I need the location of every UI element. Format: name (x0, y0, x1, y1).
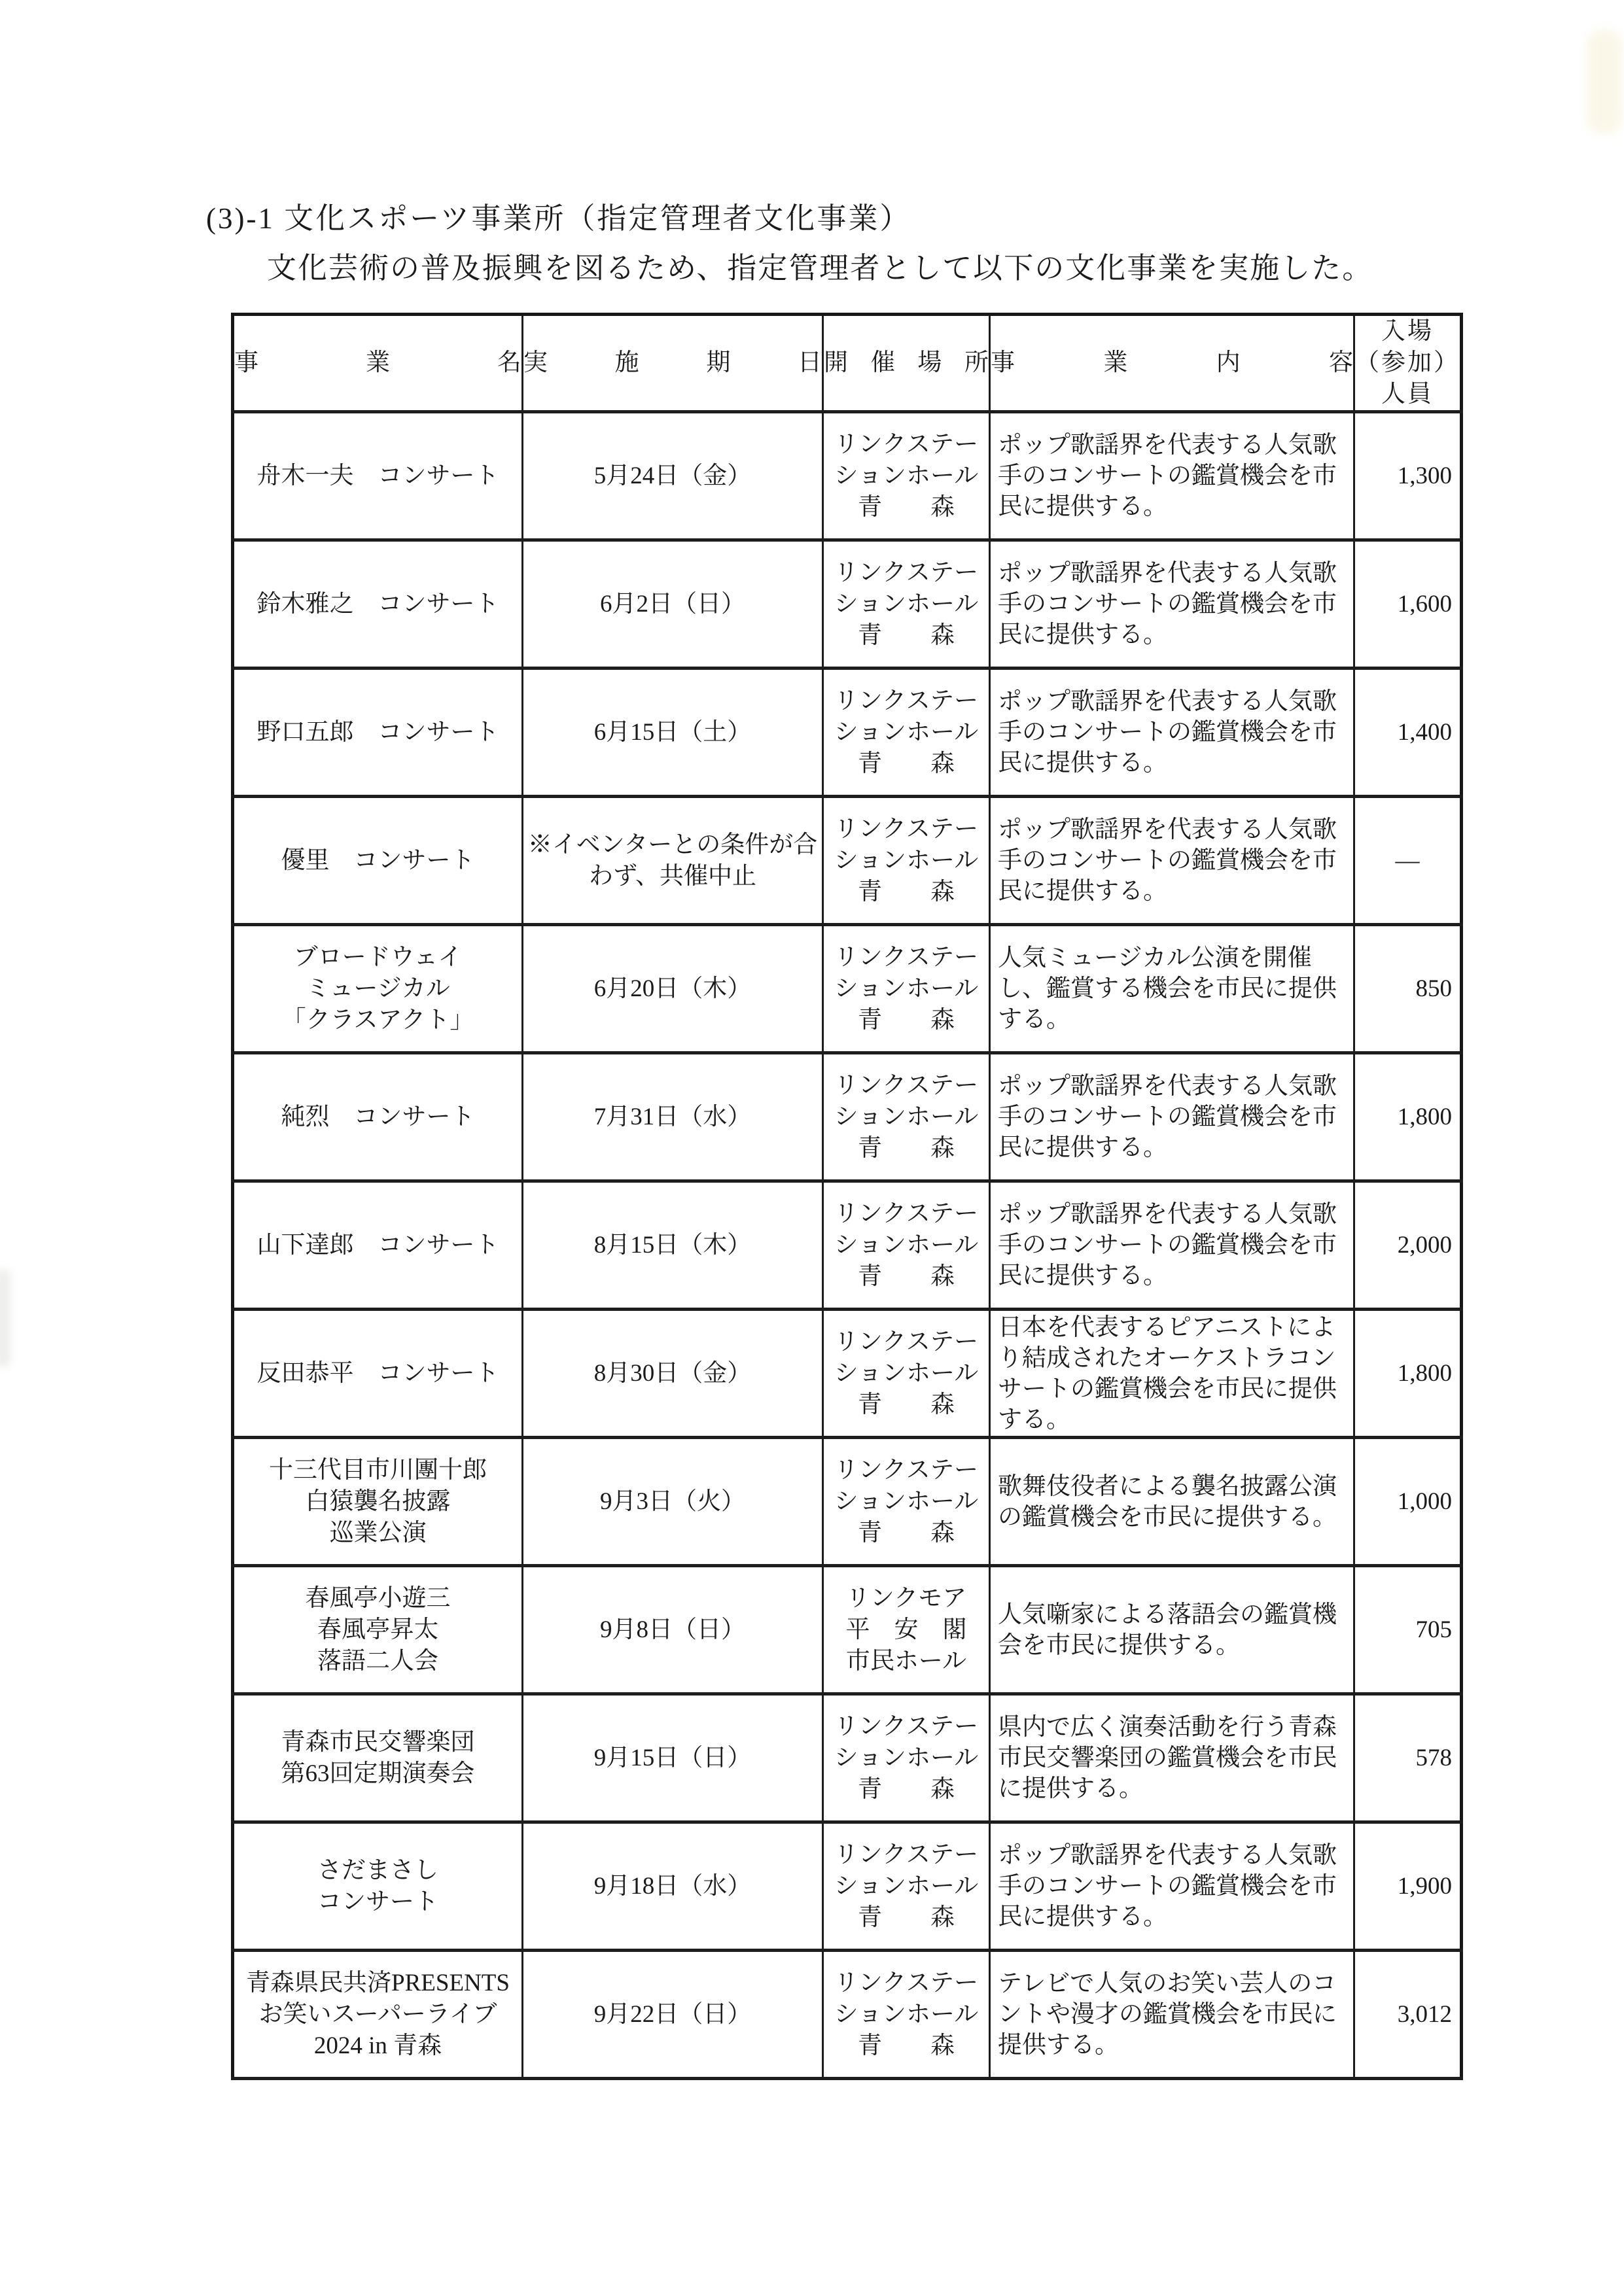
cell-event-name: 反田恭平 コンサート (233, 1310, 523, 1438)
cell-attendance: 1,000 (1354, 1438, 1462, 1566)
cell-date: 9月18日（水） (523, 1822, 823, 1951)
cell-date: 9月8日（日） (523, 1566, 823, 1694)
cell-event-name: 青森市民交響楽団第63回定期演奏会 (233, 1694, 523, 1822)
cell-event-name: 青森県民共済PRESENTSお笑いスーパーライブ2024 in 青森 (233, 1951, 523, 2079)
header-cell-event-name: 事業名 (233, 315, 523, 412)
cell-venue: リンクステーションホール青 森 (823, 669, 990, 797)
cell-event-name: ブロードウェイミュージカル「クラスアクト」 (233, 925, 523, 1053)
cell-attendance: 3,012 (1354, 1951, 1462, 2079)
cell-description: ポップ歌謡界を代表する人気歌手のコンサートの鑑賞機会を市民に提供する。 (990, 1053, 1354, 1181)
cell-description: ポップ歌謡界を代表する人気歌手のコンサートの鑑賞機会を市民に提供する。 (990, 540, 1354, 669)
table-body: 舟木一夫 コンサート5月24日（金）リンクステーションホール青 森ポップ歌謡界を… (233, 412, 1462, 2079)
cell-description: 県内で広く演奏活動を行う青森市民交響楽団の鑑賞機会を市民に提供する。 (990, 1694, 1354, 1822)
cell-date: 9月3日（火） (523, 1438, 823, 1566)
cell-date: 9月15日（日） (523, 1694, 823, 1822)
table-row: 山下達郎 コンサート8月15日（木）リンクステーションホール青 森ポップ歌謡界を… (233, 1181, 1462, 1310)
cell-attendance: 705 (1354, 1566, 1462, 1694)
cell-venue: リンクステーションホール青 森 (823, 1822, 990, 1951)
cell-description: 歌舞伎役者による襲名披露公演の鑑賞機会を市民に提供する。 (990, 1438, 1354, 1566)
cell-venue: リンクステーションホール青 森 (823, 1951, 990, 2079)
cell-venue: リンクステーションホール青 森 (823, 1438, 990, 1566)
cell-date: 6月2日（日） (523, 540, 823, 669)
attendance-header-line: （参加） (1355, 347, 1460, 379)
cell-event-name: 春風亭小遊三春風亭昇太落語二人会 (233, 1566, 523, 1694)
cell-date: 6月15日（土） (523, 669, 823, 797)
cell-attendance: 1,800 (1354, 1310, 1462, 1438)
page-title: (3)-1 文化スポーツ事業所（指定管理者文化事業） (206, 203, 911, 235)
cell-description: ポップ歌謡界を代表する人気歌手のコンサートの鑑賞機会を市民に提供する。 (990, 797, 1354, 925)
table-row: 青森県民共済PRESENTSお笑いスーパーライブ2024 in 青森9月22日（… (233, 1951, 1462, 2079)
cell-venue: リンクステーションホール青 森 (823, 412, 990, 540)
cell-event-name: 野口五郎 コンサート (233, 669, 523, 797)
table-row: 青森市民交響楽団第63回定期演奏会9月15日（日）リンクステーションホール青 森… (233, 1694, 1462, 1822)
events-table: 事業名 実施期日 開催場所 事業内容 入場 （参加） 人員 舟木一夫 コンサート… (231, 313, 1463, 2080)
cell-event-name: 優里 コンサート (233, 797, 523, 925)
cell-description: 人気噺家による落語会の鑑賞機会を市民に提供する。 (990, 1566, 1354, 1694)
header-cell-attendance: 入場 （参加） 人員 (1354, 315, 1462, 412)
cell-attendance: 1,300 (1354, 412, 1462, 540)
cell-attendance: 1,800 (1354, 1053, 1462, 1181)
cell-attendance: 1,400 (1354, 669, 1462, 797)
cell-description: ポップ歌謡界を代表する人気歌手のコンサートの鑑賞機会を市民に提供する。 (990, 669, 1354, 797)
table-row: 舟木一夫 コンサート5月24日（金）リンクステーションホール青 森ポップ歌謡界を… (233, 412, 1462, 540)
table-row: 十三代目市川團十郎白猿襲名披露巡業公演9月3日（火）リンクステーションホール青 … (233, 1438, 1462, 1566)
cell-event-name: さだまさしコンサート (233, 1822, 523, 1951)
table-row: 優里 コンサート※イベンターとの条件が合わず、共催中止リンクステーションホール青… (233, 797, 1462, 925)
cell-venue: リンクステーションホール青 森 (823, 540, 990, 669)
attendance-header-line: 人員 (1355, 379, 1460, 410)
cell-event-name: 山下達郎 コンサート (233, 1181, 523, 1310)
cell-venue: リンクステーションホール青 森 (823, 925, 990, 1053)
cell-date: 8月15日（木） (523, 1181, 823, 1310)
cell-venue: リンクステーションホール青 森 (823, 1694, 990, 1822)
cell-attendance: 1,600 (1354, 540, 1462, 669)
cell-date: 5月24日（金） (523, 412, 823, 540)
cell-attendance: 2,000 (1354, 1181, 1462, 1310)
attendance-header-line: 入場 (1355, 316, 1460, 347)
cell-date: 6月20日（木） (523, 925, 823, 1053)
table-row: 春風亭小遊三春風亭昇太落語二人会9月8日（日）リンクモア平 安 閣市民ホール人気… (233, 1566, 1462, 1694)
cell-date: 7月31日（水） (523, 1053, 823, 1181)
cell-venue: リンクステーションホール青 森 (823, 1181, 990, 1310)
scan-artifact (1587, 29, 1623, 134)
cell-description: 人気ミュージカル公演を開催し、鑑賞する機会を市民に提供する。 (990, 925, 1354, 1053)
document-page: (3)-1 文化スポーツ事業所（指定管理者文化事業） 文化芸術の普及振興を図るた… (0, 0, 1624, 2296)
table-row: 野口五郎 コンサート6月15日（土）リンクステーションホール青 森ポップ歌謡界を… (233, 669, 1462, 797)
table-row: 鈴木雅之 コンサート6月2日（日）リンクステーションホール青 森ポップ歌謡界を代… (233, 540, 1462, 669)
header-cell-venue: 開催場所 (823, 315, 990, 412)
scan-artifact (0, 1269, 10, 1367)
cell-event-name: 鈴木雅之 コンサート (233, 540, 523, 669)
cell-description: 日本を代表するピアニストにより結成されたオーケストラコンサートの鑑賞機会を市民に… (990, 1310, 1354, 1438)
cell-venue: リンクステーションホール青 森 (823, 1310, 990, 1438)
cell-venue: リンクステーションホール青 森 (823, 1053, 990, 1181)
cell-date: ※イベンターとの条件が合わず、共催中止 (523, 797, 823, 925)
cell-attendance: 1,900 (1354, 1822, 1462, 1951)
table-row: 純烈 コンサート7月31日（水）リンクステーションホール青 森ポップ歌謡界を代表… (233, 1053, 1462, 1181)
cell-date: 9月22日（日） (523, 1951, 823, 2079)
cell-venue: リンクステーションホール青 森 (823, 797, 990, 925)
cell-event-name: 十三代目市川團十郎白猿襲名披露巡業公演 (233, 1438, 523, 1566)
cell-date: 8月30日（金） (523, 1310, 823, 1438)
page-subtitle: 文化芸術の普及振興を図るため、指定管理者として以下の文化事業を実施した。 (267, 252, 1373, 285)
cell-event-name: 舟木一夫 コンサート (233, 412, 523, 540)
cell-attendance: 850 (1354, 925, 1462, 1053)
header-row: 事業名 実施期日 開催場所 事業内容 入場 （参加） 人員 (233, 315, 1462, 412)
cell-venue: リンクモア平 安 閣市民ホール (823, 1566, 990, 1694)
table-row: さだまさしコンサート9月18日（水）リンクステーションホール青 森ポップ歌謡界を… (233, 1822, 1462, 1951)
cell-description: ポップ歌謡界を代表する人気歌手のコンサートの鑑賞機会を市民に提供する。 (990, 1822, 1354, 1951)
cell-attendance: 578 (1354, 1694, 1462, 1822)
table-header: 事業名 実施期日 開催場所 事業内容 入場 （参加） 人員 (233, 315, 1462, 412)
cell-description: ポップ歌謡界を代表する人気歌手のコンサートの鑑賞機会を市民に提供する。 (990, 412, 1354, 540)
header-cell-date: 実施期日 (523, 315, 823, 412)
cell-event-name: 純烈 コンサート (233, 1053, 523, 1181)
cell-attendance: ― (1354, 797, 1462, 925)
cell-description: テレビで人気のお笑い芸人のコントや漫才の鑑賞機会を市民に提供する。 (990, 1951, 1354, 2079)
table-row: ブロードウェイミュージカル「クラスアクト」6月20日（木）リンクステーションホー… (233, 925, 1462, 1053)
table-row: 反田恭平 コンサート8月30日（金）リンクステーションホール青 森日本を代表する… (233, 1310, 1462, 1438)
cell-description: ポップ歌謡界を代表する人気歌手のコンサートの鑑賞機会を市民に提供する。 (990, 1181, 1354, 1310)
header-cell-description: 事業内容 (990, 315, 1354, 412)
